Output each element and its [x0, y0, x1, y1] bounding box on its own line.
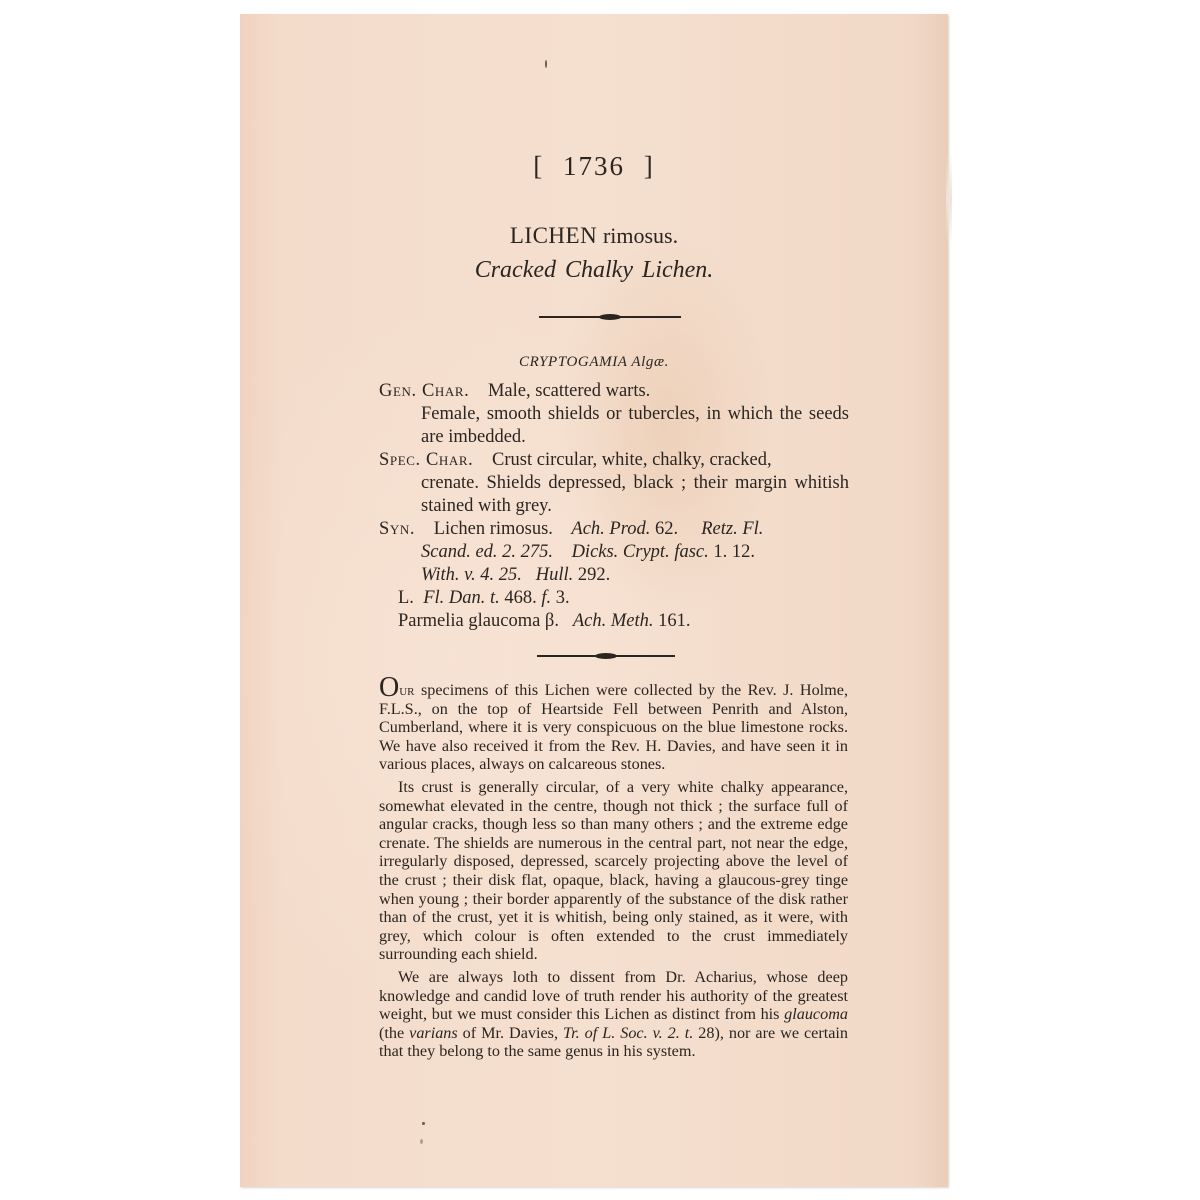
- paper-speck: [545, 60, 547, 68]
- description-body: Our specimens of this Lichen were collec…: [379, 680, 848, 1065]
- gen-char-label: Gen. Char.: [379, 381, 469, 401]
- syn-line-4: L. Fl. Dan. t. 468. f. 3.: [379, 587, 849, 610]
- genus-name: LICHEN: [510, 223, 597, 248]
- classification: CRYPTOGAMIA Algæ.: [240, 354, 948, 371]
- paper-speck: [422, 1122, 425, 1125]
- paper-speck: [420, 1139, 423, 1144]
- syn-ref-num: 468.: [504, 588, 536, 608]
- paragraph-text: We are always loth to dissent from Dr. A…: [379, 968, 848, 1023]
- syn-line-1: Syn. Lichen rimosus. Ach. Prod. 62. Retz…: [379, 518, 849, 541]
- syn-ref-num: 3.: [556, 588, 570, 608]
- spec-char-label: Spec. Char.: [379, 450, 473, 470]
- page-number: [ 1736 ]: [240, 151, 948, 182]
- ornamental-divider: [537, 655, 675, 657]
- italic-reference: Tr. of L. Soc. v. 2. t.: [563, 1024, 693, 1042]
- syn-line-3: With. v. 4. 25. Hull. 292.: [379, 564, 849, 587]
- syn-ref: Dicks. Crypt. fasc.: [572, 542, 709, 562]
- common-name: Cracked Chalky Lichen.: [240, 257, 948, 284]
- syn-ref: With. v. 4. 25.: [421, 565, 522, 585]
- generic-character: Gen. Char. Male, scattered warts. Female…: [379, 380, 849, 449]
- syn-ref: Fl. Dan. t.: [423, 588, 500, 608]
- syn-ref: Retz. Fl.: [701, 519, 763, 539]
- paragraph-text: of Mr. Davies,: [458, 1024, 563, 1042]
- spec-char-first: Crust circular, white, chalky, cracked,: [492, 450, 772, 470]
- syn-ref: f.: [541, 588, 551, 608]
- syn-ref-num: 292.: [578, 565, 610, 585]
- syn-name: Lichen rimosus.: [434, 519, 553, 539]
- syn-label: Syn.: [379, 519, 415, 539]
- syn-ref: Ach. Prod.: [571, 519, 650, 539]
- ornamental-divider: [539, 316, 681, 318]
- italic-term: varians: [409, 1024, 458, 1042]
- drop-cap: O: [379, 672, 399, 703]
- paragraph-2: Its crust is generally circular, of a ve…: [379, 778, 848, 964]
- lead-smallcaps: ur: [399, 681, 414, 699]
- syn-ref-num: 1. 12.: [713, 542, 755, 562]
- gen-char-first: Male, scattered warts.: [488, 381, 650, 401]
- syn-name: Parmelia glaucoma β.: [398, 611, 559, 631]
- syn-line-5: Parmelia glaucoma β. Ach. Meth. 161.: [379, 610, 849, 633]
- species-name: rimosus.: [603, 223, 678, 248]
- paragraph-text: specimens of this Lichen were collected …: [379, 681, 848, 773]
- paragraph-text: (the: [379, 1024, 409, 1042]
- synonyms: Syn. Lichen rimosus. Ach. Prod. 62. Retz…: [379, 518, 849, 633]
- syn-prefix: L.: [398, 588, 414, 608]
- species-title: LICHEN rimosus.: [240, 223, 948, 249]
- gen-char-rest: Female, smooth shields or tubercles, in …: [379, 403, 849, 449]
- paragraph-1: Our specimens of this Lichen were collec…: [379, 680, 848, 774]
- syn-ref: Scand. ed. 2. 275.: [421, 542, 553, 562]
- syn-ref: Ach. Meth.: [573, 611, 654, 631]
- syn-ref-num: 62.: [655, 519, 678, 539]
- syn-line-2: Scand. ed. 2. 275. Dicks. Crypt. fasc. 1…: [379, 541, 849, 564]
- paragraph-3: We are always loth to dissent from Dr. A…: [379, 968, 848, 1061]
- specific-character: Spec. Char. Crust circular, white, chalk…: [379, 449, 849, 518]
- syn-ref: Hull.: [536, 565, 574, 585]
- book-page: [ 1736 ] LICHEN rimosus. Cracked Chalky …: [240, 14, 948, 1187]
- syn-ref-num: 161.: [658, 611, 690, 631]
- italic-term: glaucoma: [784, 1005, 848, 1023]
- spec-char-rest: crenate. Shields depressed, black ; thei…: [379, 472, 849, 518]
